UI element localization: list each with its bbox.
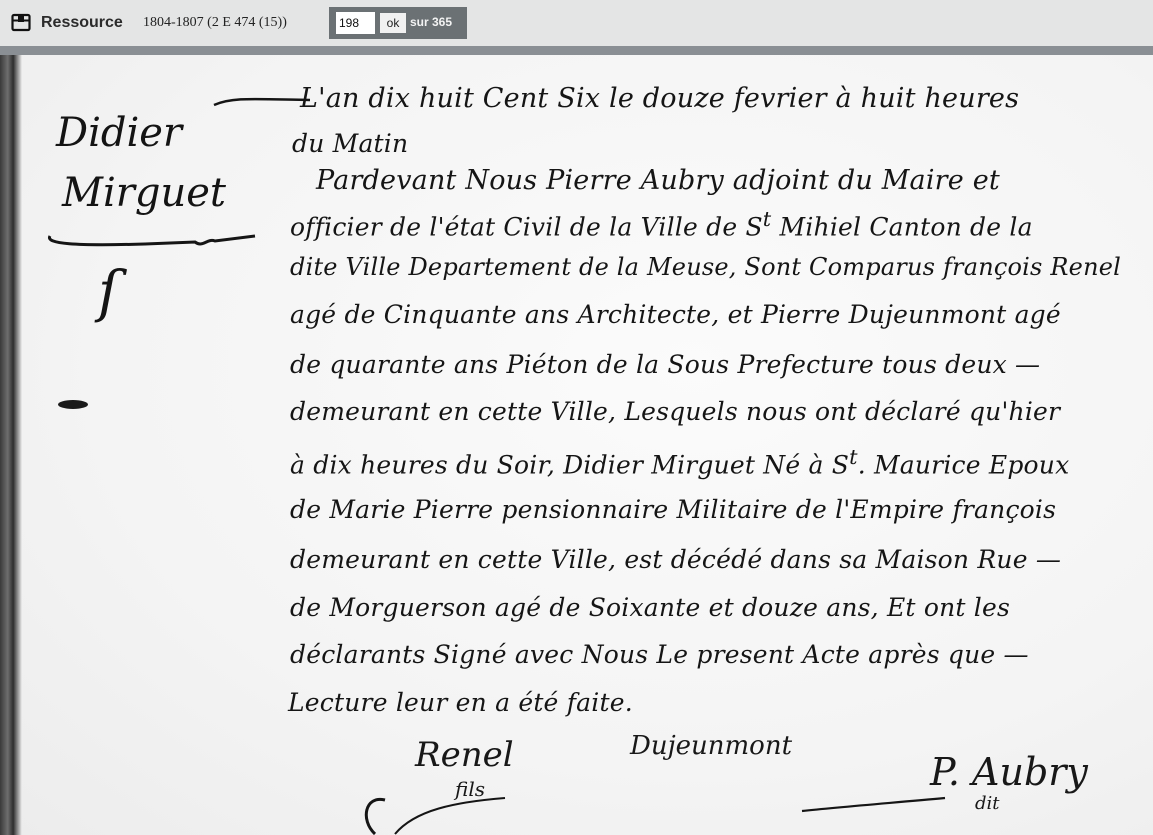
page-total-label: sur 365 — [410, 15, 452, 29]
text-line-7: de quarante ans Piéton de la Sous Prefec… — [290, 350, 1040, 379]
bottom-flourish — [355, 790, 515, 835]
margin-last-name: Mirguet — [62, 173, 226, 213]
text-line-3: Pardevant Nous Pierre Aubry adjoint du M… — [316, 165, 1000, 196]
text-line-8: demeurant en cette Ville, Lesquels nous … — [290, 397, 1060, 426]
ink-blot — [58, 400, 88, 409]
text-line-10: de Marie Pierre pensionnaire Militaire d… — [290, 495, 1056, 524]
page-navigator: ok sur 365 — [329, 7, 467, 39]
text-line-11: demeurant en cette Ville, est décédé dan… — [290, 545, 1061, 574]
margin-mark: ſ — [98, 265, 119, 321]
text-line-14: Lecture leur en a été faite. — [288, 688, 633, 717]
opening-flourish — [212, 95, 312, 109]
document-image-viewer[interactable]: Didier Mirguet ſ L'an dix huit Cent Six … — [0, 55, 1153, 835]
text-line-13: déclarants Signé avec Nous Le present Ac… — [290, 640, 1029, 669]
resource-header: Ressource 1804-1807 (2 E 474 (15)) ok su… — [0, 0, 1153, 46]
go-to-page-button[interactable]: ok — [380, 13, 406, 33]
text-line-12: de Morguerson agé de Soixante et douze a… — [290, 593, 1010, 622]
text-line-5: dite Ville Departement de la Meuse, Sont… — [290, 253, 1121, 281]
text-line-2: du Matin — [292, 129, 408, 158]
text-line-4: officier de l'état Civil de la Ville de … — [290, 207, 1033, 241]
signature-aubry-suffix: dit — [975, 793, 1000, 814]
archive-box-icon — [11, 12, 31, 32]
signature-aubry: P. Aubry — [930, 750, 1088, 794]
resource-reference: 1804-1807 (2 E 474 (15)) — [143, 14, 287, 32]
text-line-6: agé de Cinquante ans Architecte, et Pier… — [290, 300, 1061, 329]
margin-first-name: Didier — [56, 113, 182, 153]
page-number-input[interactable] — [336, 12, 375, 34]
signature-underline — [800, 795, 950, 815]
resource-title: Ressource — [41, 13, 123, 33]
page-binding-edge — [0, 55, 22, 835]
text-line-9: à dix heures du Soir, Didier Mirguet Né … — [290, 445, 1069, 479]
header-divider — [0, 46, 1153, 55]
signature-dujeunmont: Dujeunmont — [630, 731, 792, 761]
signature-renel: Renel — [415, 735, 514, 775]
text-line-1: L'an dix huit Cent Six le douze fevrier … — [300, 83, 1019, 114]
margin-underline-flourish — [45, 230, 260, 250]
